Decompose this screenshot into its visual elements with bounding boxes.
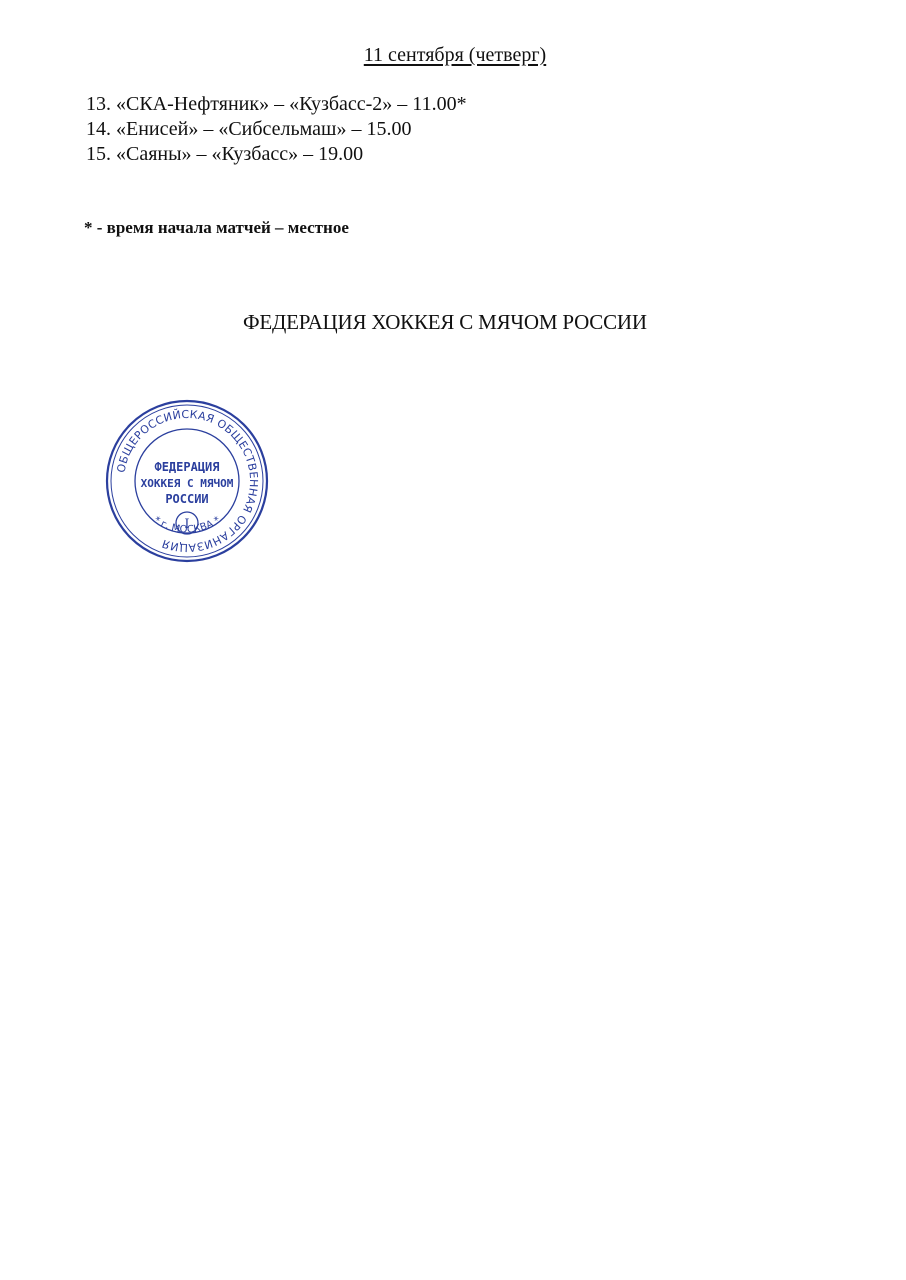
match-item: 14. «Енисей» – «Сибсельмаш» – 15.00 — [86, 117, 467, 142]
stamp-center-line-2: ХОККЕЯ С МЯЧОМ — [141, 477, 234, 490]
stamp-center-mark: I — [184, 517, 189, 532]
footnote: * - время начала матчей – местное — [84, 218, 349, 238]
official-stamp: ОБЩЕРОССИЙСКАЯ ОБЩЕСТВЕННАЯ ОРГАНИЗАЦИЯ … — [104, 398, 270, 564]
match-item: 15. «Саяны» – «Кузбасс» – 19.00 — [86, 142, 467, 167]
date-heading-text: 11 сентября (четверг) — [364, 44, 546, 66]
match-text: «Енисей» – «Сибсельмаш» – 15.00 — [116, 118, 411, 140]
date-heading: 11 сентября (четверг) — [0, 44, 906, 67]
organization-name: ФЕДЕРАЦИЯ ХОККЕЯ С МЯЧОМ РОССИИ — [243, 310, 647, 335]
match-item: 13. «СКА-Нефтяник» – «Кузбасс-2» – 11.00… — [86, 92, 467, 117]
match-list: 13. «СКА-Нефтяник» – «Кузбасс-2» – 11.00… — [86, 92, 467, 167]
match-number: 14. — [86, 118, 111, 140]
match-number: 13. — [86, 93, 111, 115]
match-text: «СКА-Нефтяник» – «Кузбасс-2» – 11.00* — [116, 93, 467, 115]
stamp-center-line-3: РОССИИ — [165, 492, 208, 506]
match-number: 15. — [86, 143, 111, 165]
stamp-center-line-1: ФЕДЕРАЦИЯ — [154, 460, 219, 474]
stamp-seal-icon: ОБЩЕРОССИЙСКАЯ ОБЩЕСТВЕННАЯ ОРГАНИЗАЦИЯ … — [104, 398, 270, 564]
match-text: «Саяны» – «Кузбасс» – 19.00 — [116, 143, 363, 165]
